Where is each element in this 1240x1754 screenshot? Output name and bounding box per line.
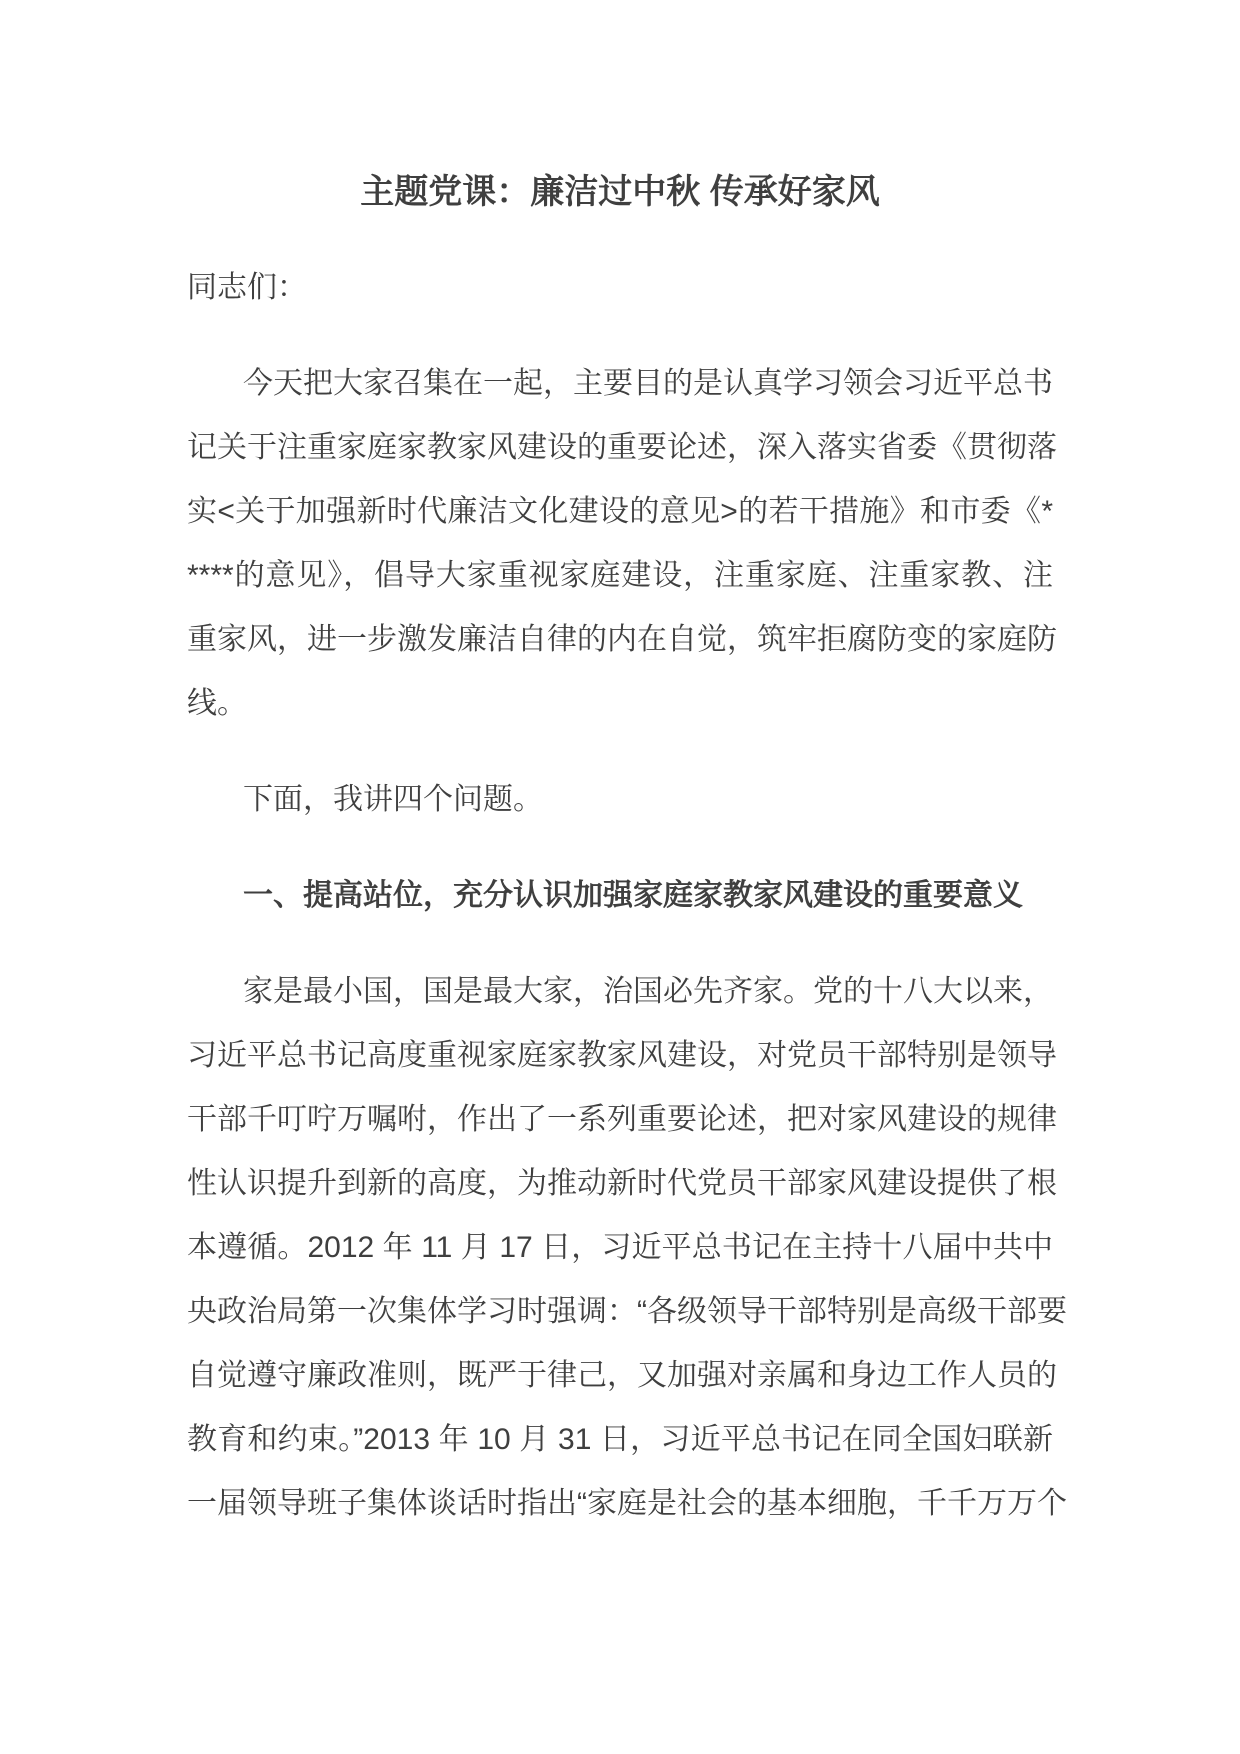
section-heading-1: 一、提高站位，充分认识加强家庭家教家风建设的重要意义 (187, 864, 1053, 928)
paragraph-transition: 下面，我讲四个问题。 (187, 768, 1053, 832)
document-page: 主题党课：廉洁过中秋 传承好家风 同志们： 今天把大家召集在一起，主要目的是认真… (187, 0, 1053, 1536)
paragraph-line: 重家风，进一步激发廉洁自律的内在自觉，筑牢拒腐防变的家庭防 (187, 608, 1053, 672)
paragraph-line: 习近平总书记高度重视家庭家教家风建设，对党员干部特别是领导 (187, 1024, 1053, 1088)
paragraph-line: 央政治局第一次集体学习时强调：“各级领导干部特别是高级干部要 (187, 1280, 1053, 1344)
paragraph-intro: 今天把大家召集在一起，主要目的是认真学习领会习近平总书 记关于注重家庭家教家风建… (187, 352, 1053, 736)
paragraph-line: 记关于注重家庭家教家风建设的重要论述，深入落实省委《贯彻落 (187, 416, 1053, 480)
paragraph-section-1: 家是最小国，国是最大家，治国必先齐家。党的十八大以来， 习近平总书记高度重视家庭… (187, 960, 1053, 1536)
paragraph-line: 实<关于加强新时代廉洁文化建设的意见>的若干措施》和市委《* (187, 480, 1053, 544)
salutation: 同志们： (187, 256, 1053, 320)
paragraph-line: 今天把大家召集在一起，主要目的是认真学习领会习近平总书 (187, 352, 1053, 416)
paragraph-line: 线。 (187, 672, 1053, 736)
paragraph-line: 家是最小国，国是最大家，治国必先齐家。党的十八大以来， (187, 960, 1053, 1024)
paragraph-line: 一届领导班子集体谈话时指出“家庭是社会的基本细胞，千千万万个 (187, 1472, 1053, 1536)
paragraph-line: ****的意见》，倡导大家重视家庭建设，注重家庭、注重家教、注 (187, 544, 1053, 608)
paragraph-line: 自觉遵守廉政准则，既严于律己，又加强对亲属和身边工作人员的 (187, 1344, 1053, 1408)
paragraph-line: 本遵循。2012 年 11 月 17 日，习近平总书记在主持十八届中共中 (187, 1216, 1053, 1280)
paragraph-line: 教育和约束。”2013 年 10 月 31 日，习近平总书记在同全国妇联新 (187, 1408, 1053, 1472)
paragraph-line: 性认识提升到新的高度，为推动新时代党员干部家风建设提供了根 (187, 1152, 1053, 1216)
paragraph-line: 干部千叮咛万嘱咐，作出了一系列重要论述，把对家风建设的规律 (187, 1088, 1053, 1152)
document-title: 主题党课：廉洁过中秋 传承好家风 (187, 160, 1053, 224)
